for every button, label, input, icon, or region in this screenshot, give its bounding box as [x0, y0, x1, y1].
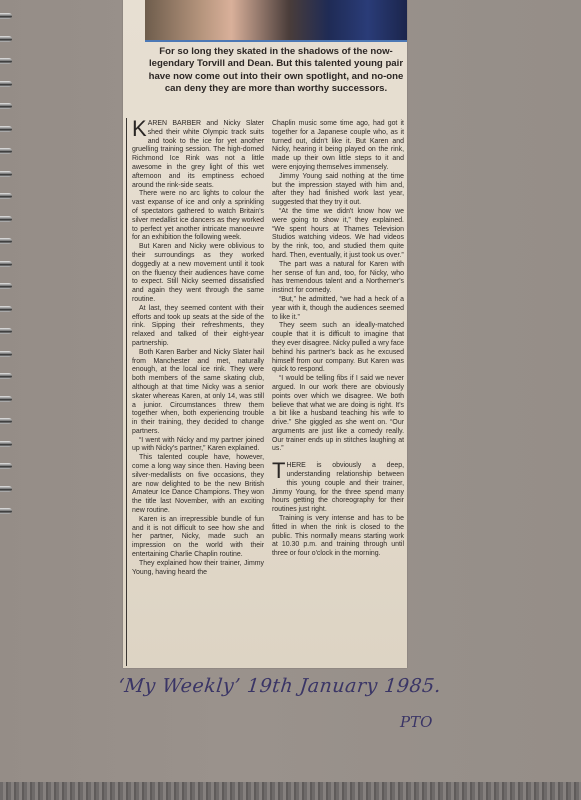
binding-ring	[0, 328, 12, 334]
binding-ring	[0, 193, 12, 199]
binding-ring	[0, 103, 12, 109]
article-paragraph: “But,” he admitted, “we had a heck of a …	[272, 296, 404, 322]
article-column-1: KAREN BARBER and Nicky Slater shed their…	[132, 120, 264, 577]
article-paragraph: This talented couple have, however, come…	[132, 454, 264, 516]
article-paragraph: There were no arc lights to colour the v…	[132, 190, 264, 243]
binding-ring	[0, 463, 12, 469]
binding-ring	[0, 81, 12, 87]
article-paragraph: The part was a natural for Karen with he…	[272, 261, 404, 296]
drop-cap: T	[272, 462, 285, 480]
page-stack-edge	[0, 782, 581, 800]
binding-ring	[0, 261, 12, 267]
article-paragraph: KAREN BARBER and Nicky Slater shed their…	[132, 120, 264, 190]
binding-ring	[0, 351, 12, 357]
binding-ring	[0, 148, 12, 154]
spiral-binding	[0, 0, 14, 800]
article-paragraph: Training is very intense and has to be f…	[272, 515, 404, 559]
article-paragraph: Chaplin music some time ago, had got it …	[272, 120, 404, 173]
binding-ring	[0, 13, 12, 19]
binding-ring	[0, 441, 12, 447]
article-paragraph: They explained how their trainer, Jimmy …	[132, 560, 264, 578]
article-standfirst: For so long they skated in the shadows o…	[145, 46, 407, 95]
article-paragraph: “At the time we didn't know how we were …	[272, 208, 404, 261]
binding-ring	[0, 283, 12, 289]
binding-ring	[0, 171, 12, 177]
binding-ring	[0, 396, 12, 402]
drop-cap: K	[132, 120, 147, 138]
binding-ring	[0, 216, 12, 222]
binding-ring	[0, 36, 12, 42]
article-paragraph: But Karen and Nicky were oblivious to th…	[132, 243, 264, 305]
binding-ring	[0, 508, 12, 514]
binding-ring	[0, 238, 12, 244]
article-paragraph: At last, they seemed content with their …	[132, 305, 264, 349]
binding-ring	[0, 373, 12, 379]
article-paragraph: Karen is an irrepressible bundle of fun …	[132, 516, 264, 560]
binding-ring	[0, 58, 12, 64]
article-paragraph: Both Karen Barber and Nicky Slater hail …	[132, 349, 264, 437]
article-paragraph: THERE is obviously a deep, understanding…	[272, 462, 404, 515]
binding-ring	[0, 306, 12, 312]
article-paragraph: They seem such an ideally-matched couple…	[272, 322, 404, 375]
article-paragraph: “I would be telling fibs if I said we ne…	[272, 375, 404, 454]
binding-ring	[0, 486, 12, 492]
newspaper-clipping: For so long they skated in the shadows o…	[123, 0, 407, 668]
clipping-cut-edge	[126, 118, 127, 666]
skaters-photo	[145, 0, 407, 42]
binding-ring	[0, 126, 12, 132]
binding-ring	[0, 418, 12, 424]
article-paragraph: Jimmy Young said nothing at the time but…	[272, 173, 404, 208]
article-paragraph: “I went with Nicky and my partner joined…	[132, 437, 264, 455]
handwritten-pto-note: PTO	[400, 713, 432, 731]
article-column-2: Chaplin music some time ago, had got it …	[272, 120, 404, 559]
handwritten-source-note: ‘My Weekly’ 19th January 1985.	[117, 675, 479, 697]
